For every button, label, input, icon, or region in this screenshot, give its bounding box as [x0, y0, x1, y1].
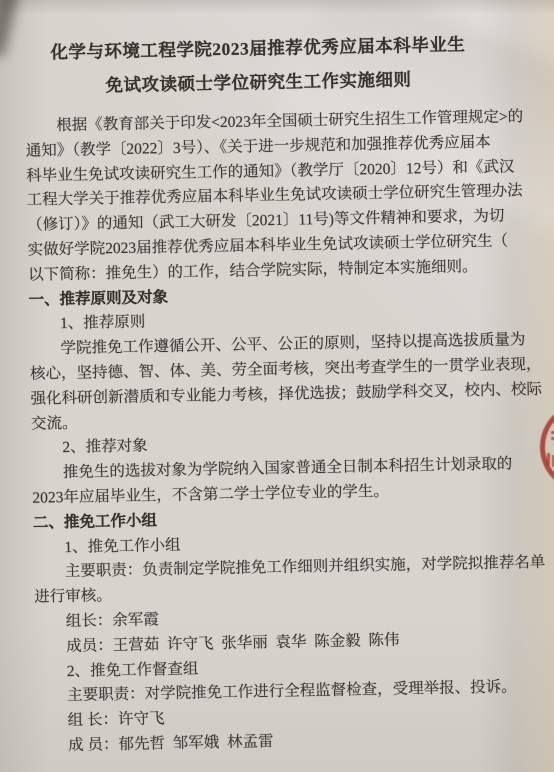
document-sheet: 化学与环境工程学院2023届推荐优秀应届本科毕业生 免试攻读硕士学位研究生工作实…: [0, 0, 554, 772]
document-title-line-1: 化学与环境工程学院2023届推荐优秀应届本科毕业生: [24, 31, 528, 65]
document-photo: 化学与环境工程学院2023届推荐优秀应届本科毕业生 免试攻读硕士学位研究生工作实…: [0, 0, 554, 772]
seal-character-fragment: [547, 453, 550, 465]
document-title-line-2: 免试攻读硕士学位研究生工作实施细则: [24, 65, 528, 99]
document-body: 根据《教育部关于印发<2023年全国硕士研究生招生工作管理规定>的通知》（教学〔…: [25, 105, 541, 759]
